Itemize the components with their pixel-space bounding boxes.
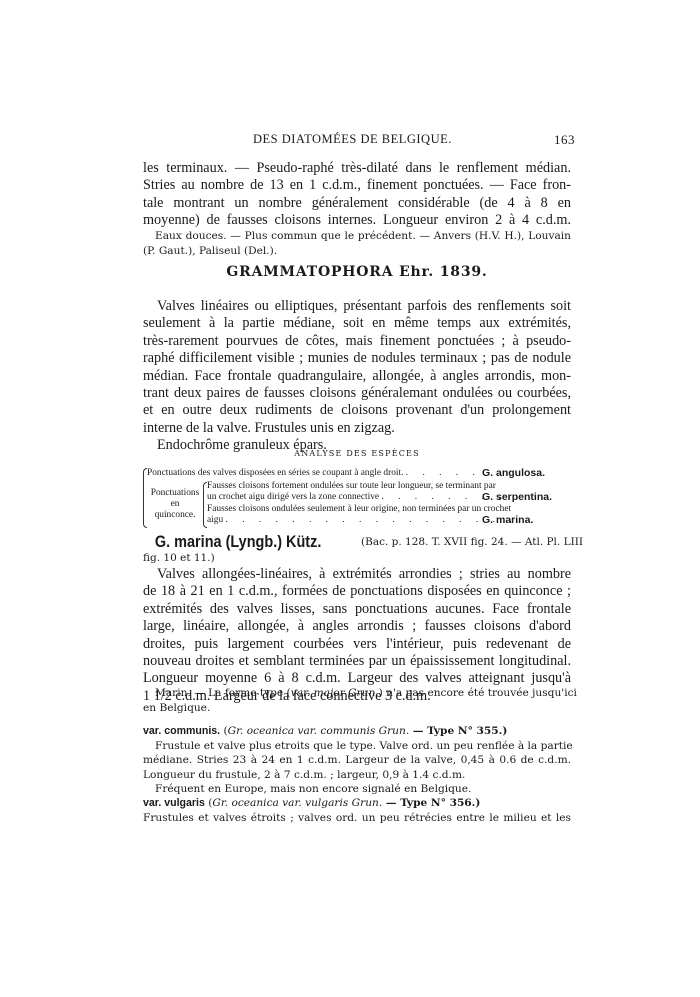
leader-dots: . . . . . [406,468,481,478]
variety-distribution: Fréquent en Europe, mais non encore sign… [143,782,571,797]
variety-vulgaris: var. vulgaris (Gr. oceanica var. vulgari… [143,796,571,825]
habitat-italic: var. major Grun. [291,687,379,699]
text-line: médiane. Stries 23 à 24 en 1 c.d.m. Larg… [143,753,571,768]
text-line: de 18 à 21 en 1 c.d.m., formées de ponct… [143,583,571,600]
text-line: tale montrant un nombre généralement con… [143,195,571,212]
variety-communis: var. communis. (Gr. oceanica var. commun… [143,724,571,797]
text-line: raphé difficilement visible ; munies de … [143,350,571,367]
text-line: seulement à la partie médiane, soit en m… [143,315,571,332]
running-head-title: DES DIATOMÉES DE BELGIQUE. [253,132,452,147]
species-reference: (Bac. p. 128. T. XVII fig. 24. — Atl. Pl… [361,536,583,548]
key-taxon-serpentina: G. serpentina. [482,491,552,503]
variety-synonym: Gr. oceanica var. vulgaris Grun. [212,797,382,809]
key-group-label: Ponctuations en quinconce. [149,488,201,521]
key-text: aigu [207,515,223,525]
habitat-text: ) n'a pas encore été trouvée jusqu'ici [379,687,577,699]
key-text: Fausses cloisons fortement ondulées sur … [207,481,507,492]
key-text: Ponctuations des valves disposées en sér… [147,468,403,478]
text-line: trant deux paires de fausses cloisons gé… [143,385,571,402]
previous-species-description: les terminaux. — Pseudo-raphé très-dilat… [143,160,571,230]
key-taxon-angulosa: G. angulosa. [482,467,545,479]
key-row-angulosa: Ponctuations des valves disposées en sér… [147,468,481,478]
type-number: — Type N° 355.) [409,725,507,737]
genus-heading: GRAMMATOPHORA Ehr. 1839. [143,264,571,280]
text-line: les terminaux. — Pseudo-raphé très-dilat… [143,160,571,177]
text-line: médian. Face frontale quadrangulaire, al… [143,368,571,385]
text-line: Frustules et valves étroits ; valves ord… [143,811,571,826]
key-taxon-marina: G. marina. [482,514,533,526]
key-row-marina: Fausses cloisons ondulées seulement à le… [207,504,518,526]
group-label-line: quinconce. [149,510,201,521]
text-line: Longueur du frustule, 2 à 7 c.d.m. ; lar… [143,768,571,783]
text-line: (P. Gaut.), Paliseul (Del.). [143,244,571,259]
variety-synonym: Gr. oceanica var. communis Grun. [228,725,410,737]
key-text: un crochet aigu dirigé vers la zone conn… [207,492,379,502]
text-line: en Belgique. [143,701,571,716]
genus-description: Valves linéaires ou elliptiques, présent… [143,298,571,455]
species-habitat: Marin. — La forme type (var. major Grun.… [143,686,571,715]
text-line: Frustule et valve plus etroits que le ty… [143,739,571,754]
variety-name: var. vulgaris [143,797,205,809]
text-line: droites, puis largement courbées vers l'… [143,636,571,653]
species-reference-cont: fig. 10 et 11.) [143,552,215,564]
text-line: Valves allongées-linéaires, à extrémités… [143,566,571,583]
group-label-line: Ponctuations [149,488,201,499]
species-key-title: ANALYSE DES ESPÈCES [143,449,571,458]
habitat-text: Marin. — La forme type ( [155,687,291,699]
species-key: Ponctuations des valves disposées en sér… [143,466,573,528]
variety-name: var. communis. [143,725,220,737]
text-line: Valves linéaires ou elliptiques, présent… [143,298,571,315]
leader-dots: . . . . . . . . . . . . . . . . . . [226,515,518,525]
species-description: Valves allongées-linéaires, à extrémités… [143,566,571,705]
document-page: DES DIATOMÉES DE BELGIQUE. 163 les termi… [0,0,700,997]
text-line: Eaux douces. — Plus commun que le précéd… [143,229,571,244]
species-name: G. marina (Lyngb.) Kütz. [143,532,321,552]
type-number: — Type N° 356.) [382,797,480,809]
previous-species-habitat: Eaux douces. — Plus commun que le précéd… [143,229,571,258]
group-label-line: en [149,499,201,510]
text-line: Stries au nombre de 13 en 1 c.d.m., fine… [143,177,571,194]
variety-heading: var. vulgaris (Gr. oceanica var. vulgari… [143,796,571,811]
key-text: Fausses cloisons ondulées seulement à le… [207,504,518,515]
text-line: très-rarement pourvues de côtes, mais fi… [143,333,571,350]
species-heading: G. marina (Lyngb.) Kütz. (Bac. p. 128. T… [143,532,573,552]
page-number: 163 [554,132,575,148]
variety-heading: var. communis. (Gr. oceanica var. commun… [143,724,571,739]
text-line: large, linéaire, allongée, à angles arro… [143,618,571,635]
text-line: et en outre deux rudiments de cloisons p… [143,402,571,419]
key-row-serpentina: Fausses cloisons fortement ondulées sur … [207,481,507,503]
text-line: extrémités des valves lisses, sans ponct… [143,601,571,618]
text-line: Marin. — La forme type (var. major Grun.… [143,686,571,701]
text-line: nouveau droites et semblant terminées pa… [143,653,571,670]
text-line: moyenne) de fausses cloisons internes. L… [143,212,571,229]
text-line: interne de la valve. Frustules unis en z… [143,420,571,437]
